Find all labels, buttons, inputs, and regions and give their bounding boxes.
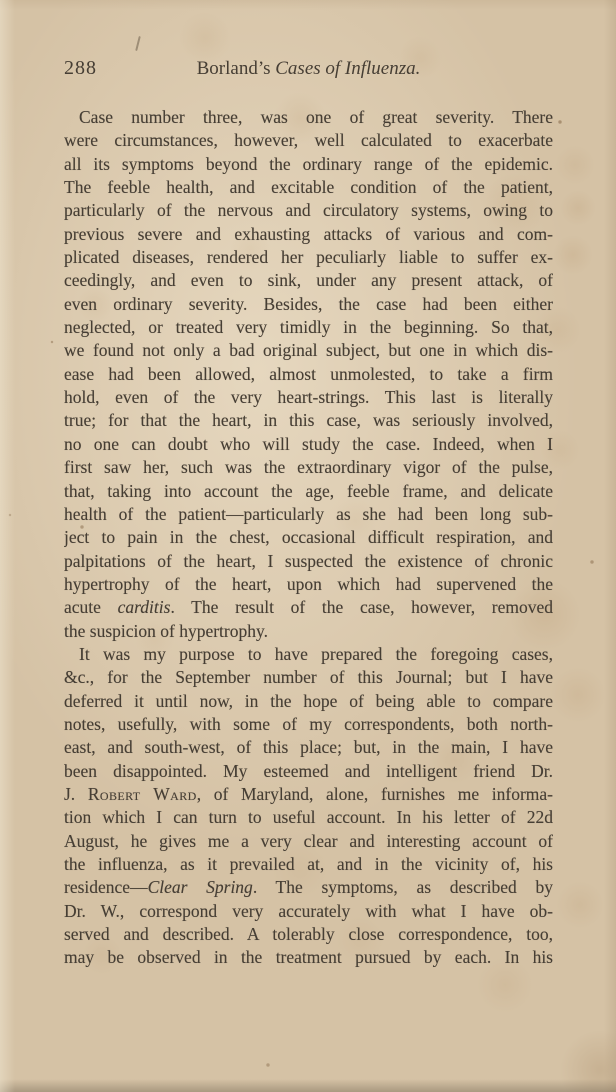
text-line: previous severe and exhausting attacks o… <box>64 223 553 246</box>
text-line: no one can doubt who will study the case… <box>64 433 553 456</box>
text-line: &c., for the September number of this Jo… <box>64 666 553 689</box>
text-line: served and described. A tolerably close … <box>64 923 553 946</box>
text-line: residence—Clear Spring. The symptoms, as… <box>64 876 553 899</box>
page-text: Case number three, was one of great seve… <box>64 106 553 970</box>
text-line: health of the patient—particularly as sh… <box>64 503 553 526</box>
text-run: ceedingly, and even to sink, under any p… <box>64 270 553 290</box>
text-line: Case number three, was one of great seve… <box>64 106 553 129</box>
text-line: tion which I can turn to useful account.… <box>64 806 553 829</box>
running-title-author: Borland’s <box>197 58 276 79</box>
text-line: particularly of the nervous and circulat… <box>64 199 553 222</box>
text-line: all its symptoms beyond the ordinary ran… <box>64 153 553 176</box>
text-line: ject to pain in the chest, occasional di… <box>64 526 553 549</box>
text-run: may be observed in the treatment pursued… <box>64 947 553 967</box>
text-run: true; for that the heart, in this case, … <box>64 410 553 430</box>
book-page: 288 Borland’s Cases of Influenza. Case n… <box>0 0 616 1092</box>
text-run: all its symptoms beyond the ordinary ran… <box>64 154 553 174</box>
running-header: 288 Borland’s Cases of Influenza. <box>64 57 553 83</box>
text-run: the influenza, as it prevailed at, and i… <box>64 854 553 874</box>
text-line: palpitations of the heart, I suspected t… <box>64 550 553 573</box>
text-run: residence— <box>64 877 148 897</box>
italic-text-run: Clear Spring <box>148 877 253 897</box>
text-line: east, and south-west, of this place; but… <box>64 736 553 759</box>
text-line: hold, even of the very heart-strings. Th… <box>64 386 553 409</box>
text-run: Case number three, was one of great seve… <box>79 107 553 127</box>
text-run: The feeble health, and excitable conditi… <box>64 177 553 197</box>
text-run: ject to pain in the chest, occasional di… <box>64 527 553 547</box>
text-run: , of Maryland, alone, furnishes me infor… <box>197 784 553 804</box>
text-line: ease had been allowed, almost unmolested… <box>64 363 553 386</box>
text-run: hold, even of the very heart-strings. Th… <box>64 387 553 407</box>
text-run: been disappointed. My esteemed and intel… <box>64 761 553 781</box>
text-line: the suspicion of hypertrophy. <box>64 620 553 643</box>
text-run: the suspicion of hypertrophy. <box>64 621 268 641</box>
text-line: even ordinary severity. Besides, the cas… <box>64 293 553 316</box>
text-run: hypertrophy of the heart, upon which had… <box>64 574 553 594</box>
text-line: may be observed in the treatment pursued… <box>64 946 553 969</box>
text-run: notes, usefully, with some of my corresp… <box>64 714 553 734</box>
text-run: palpitations of the heart, I suspected t… <box>64 551 553 571</box>
text-run: were circumstances, however, well calcul… <box>64 130 553 150</box>
text-run: It was my purpose to have prepared the f… <box>79 644 553 664</box>
text-run: even ordinary severity. Besides, the cas… <box>64 294 553 314</box>
text-run: health of the patient—particularly as sh… <box>64 504 553 524</box>
running-title: Borland’s Cases of Influenza. <box>64 58 553 80</box>
text-run: deferred it until now, in the hope of be… <box>64 691 553 711</box>
text-line: the influenza, as it prevailed at, and i… <box>64 853 553 876</box>
text-run: neglected, or treated very timidly in th… <box>64 317 553 337</box>
text-line: Dr. W., correspond very accurately with … <box>64 900 553 923</box>
text-run: . The result of the case, however, remov… <box>170 597 553 617</box>
text-line: The feeble health, and excitable conditi… <box>64 176 553 199</box>
text-run: we found not only a bad original subject… <box>64 340 553 360</box>
text-line: J. Robert Ward, of Maryland, alone, furn… <box>64 783 553 806</box>
text-run: served and described. A tolerably close … <box>64 924 553 944</box>
text-run: particularly of the nervous and circulat… <box>64 200 553 220</box>
smallcaps-text-run: Robert Ward <box>88 784 197 804</box>
text-line: plicated diseases, rendered her peculiar… <box>64 246 553 269</box>
text-line: notes, usefully, with some of my corresp… <box>64 713 553 736</box>
text-run: that, taking into account the age, feebl… <box>64 481 553 501</box>
text-line: were circumstances, however, well calcul… <box>64 129 553 152</box>
text-run: Dr. W., correspond very accurately with … <box>64 901 553 921</box>
text-run: &c., for the September number of this Jo… <box>64 667 553 687</box>
text-line: ceedingly, and even to sink, under any p… <box>64 269 553 292</box>
italic-text-run: carditis <box>118 597 171 617</box>
text-run: acute <box>64 597 118 617</box>
text-run: plicated diseases, rendered her peculiar… <box>64 247 553 267</box>
text-run: east, and south-west, of this place; but… <box>64 737 553 757</box>
text-line: first saw her, such was the extraordinar… <box>64 456 553 479</box>
text-run: previous severe and exhausting attacks o… <box>64 224 553 244</box>
text-line: It was my purpose to have prepared the f… <box>64 643 553 666</box>
text-run: ease had been allowed, almost unmolested… <box>64 364 553 384</box>
text-line: hypertrophy of the heart, upon which had… <box>64 573 553 596</box>
text-run: J. <box>64 784 88 804</box>
text-run: no one can doubt who will study the case… <box>64 434 553 454</box>
text-line: August, he gives me a very clear and int… <box>64 830 553 853</box>
text-line: neglected, or treated very timidly in th… <box>64 316 553 339</box>
text-run: tion which I can turn to useful account.… <box>64 807 553 827</box>
text-line: we found not only a bad original subject… <box>64 339 553 362</box>
text-line: true; for that the heart, in this case, … <box>64 409 553 432</box>
text-run: August, he gives me a very clear and int… <box>64 831 553 851</box>
text-run: . The symptoms, as described by <box>253 877 553 897</box>
pen-mark <box>135 36 141 51</box>
text-run: first saw her, such was the extraordinar… <box>64 457 553 477</box>
running-title-work: Cases of Influenza. <box>275 58 420 79</box>
text-line: been disappointed. My esteemed and intel… <box>64 760 553 783</box>
text-line: deferred it until now, in the hope of be… <box>64 690 553 713</box>
text-line: that, taking into account the age, feebl… <box>64 480 553 503</box>
text-line: acute carditis. The result of the case, … <box>64 596 553 619</box>
